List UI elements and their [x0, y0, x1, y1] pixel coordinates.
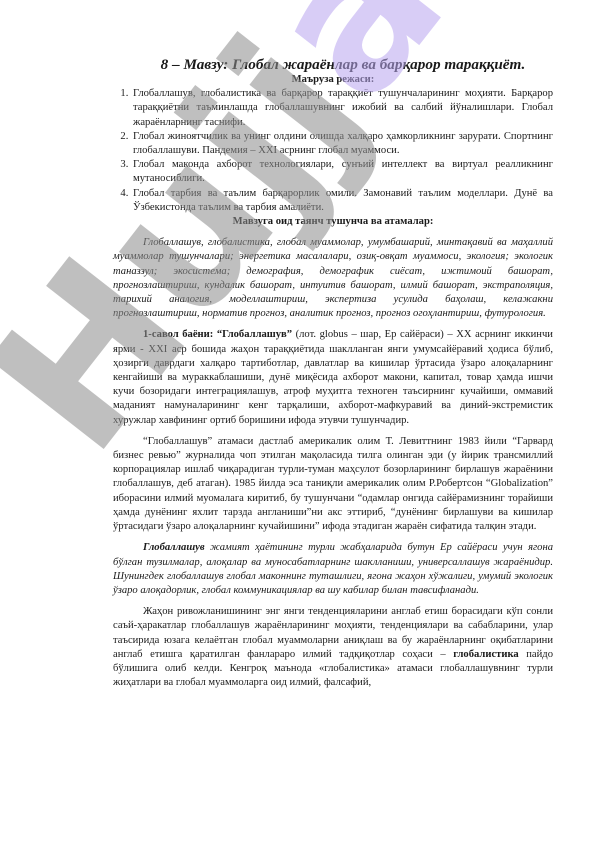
plan-item: Глобал маконда ахборот технологиялари, с…	[131, 158, 553, 186]
plan-item: Глобал тарбия ва таълим барқарорлик омил…	[131, 187, 553, 215]
question-1-text: (лот. globus – шар, Ер сайёраси) – XX ас…	[113, 329, 553, 425]
globalistics-term: глобалистика	[453, 649, 519, 660]
key-terms-paragraph: Глобаллашув, глобалистика, глобал муаммо…	[113, 236, 553, 321]
plan-item: Глобал жиноятчилик ва унинг олдини олишд…	[131, 130, 553, 158]
document-page: 8 – Мавзу: Глобал жараёнлар ва барқарор …	[0, 0, 596, 842]
key-terms-heading: Мавзуга оид таянч тушунча ва атамалар:	[113, 215, 553, 229]
page-title: 8 – Мавзу: Глобал жараёнлар ва барқарор …	[113, 56, 553, 73]
globalization-definition-paragraph: Глобаллашув жамият ҳаётининг турли жабҳа…	[113, 541, 553, 598]
question-1-paragraph: 1-савол баёни: “Глобаллашув” (лот. globu…	[113, 328, 553, 427]
plan-heading: Маъруза режаси:	[113, 73, 553, 87]
globalization-origin-paragraph: “Глобаллашув” атамаси дастлаб америкалик…	[113, 435, 553, 534]
question-1-label: 1-савол баёни: “Глобаллашув”	[143, 329, 292, 340]
plan-item: Глобаллашув, глобалистика ва барқарор та…	[131, 87, 553, 130]
globalization-term: Глобаллашув	[143, 542, 205, 553]
lecture-plan-list: Глобаллашув, глобалистика ва барқарор та…	[113, 87, 553, 215]
page-content: 8 – Мавзу: Глобал жараёнлар ва барқарор …	[113, 56, 553, 690]
globalistics-paragraph: Жаҳон ривожланишининг энг янги тенденция…	[113, 605, 553, 690]
